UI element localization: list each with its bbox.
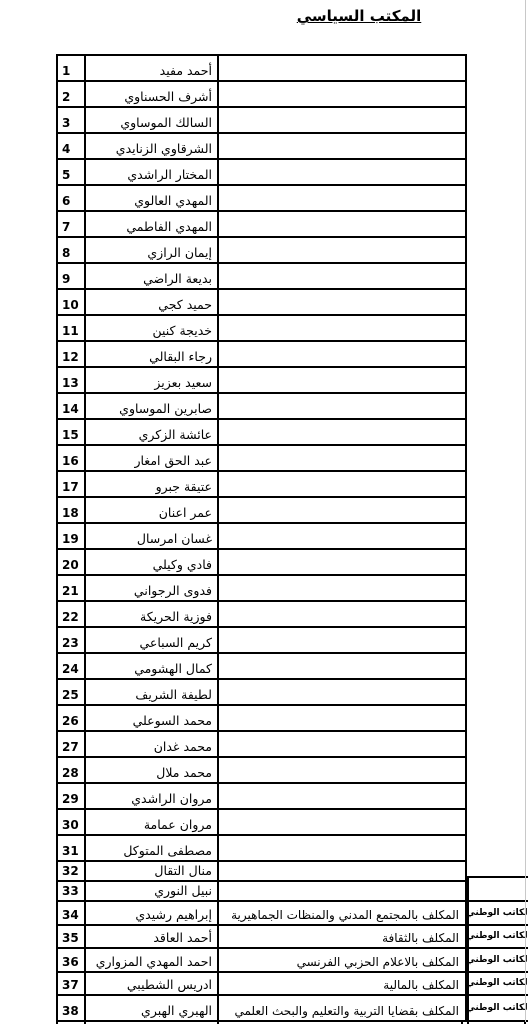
national-secretary-badge: الكاتب الوطني: [469, 926, 528, 949]
table-row: 1أحمد مفيد: [58, 56, 465, 82]
member-name: لطيفة الشريف: [86, 680, 219, 704]
member-role: المكلف بالاعلام الحزبي الفرنسي: [219, 949, 465, 971]
table-row: 24كمال الهشومي: [58, 654, 465, 680]
member-name: بديعة الراضي: [86, 264, 219, 288]
member-number: 26: [58, 706, 86, 730]
member-name: محمد غدان: [86, 732, 219, 756]
table-row: 22فوزية الحريكة: [58, 602, 465, 628]
member-role: [219, 628, 465, 652]
member-role: المكلف بقضايا التربية والتعليم والبحث ال…: [219, 996, 465, 1020]
member-number: 19: [58, 524, 86, 548]
member-name: المهدي العالوي: [86, 186, 219, 210]
member-name: المختار الراشدي: [86, 160, 219, 184]
member-number: 23: [58, 628, 86, 652]
member-number: 31: [58, 836, 86, 860]
member-role: [219, 420, 465, 444]
member-name: محمد السوعلي: [86, 706, 219, 730]
table-row: 33نبيل النوري: [58, 882, 465, 902]
member-name: الشرقاوي الزنايدي: [86, 134, 219, 158]
member-name: عبد الحق امغار: [86, 446, 219, 470]
table-row: 19غسان امرسال: [58, 524, 465, 550]
member-role: [219, 576, 465, 600]
member-role: [219, 56, 465, 80]
member-name: سعيد بعزيز: [86, 368, 219, 392]
member-role: [219, 108, 465, 132]
member-number: 30: [58, 810, 86, 834]
table-row: 28محمد ملال: [58, 758, 465, 784]
member-role: [219, 784, 465, 808]
member-name: الهبري الهبري: [86, 996, 219, 1020]
page-title: المكتب السياسي: [283, 7, 435, 25]
member-number: 34: [58, 902, 86, 924]
member-name: أحمد العاقد: [86, 926, 219, 947]
national-secretary-column: الكاتب الوطنيالكاتب الوطنيالكاتب الوطنيا…: [467, 876, 528, 1022]
member-number: 24: [58, 654, 86, 678]
member-number: 20: [58, 550, 86, 574]
badge-empty-cell: [469, 878, 528, 902]
member-number: 17: [58, 472, 86, 496]
member-name: خديجة كنين: [86, 316, 219, 340]
member-number: 28: [58, 758, 86, 782]
member-number: 6: [58, 186, 86, 210]
member-name: إيمان الرازي: [86, 238, 219, 262]
member-name: كمال الهشومي: [86, 654, 219, 678]
table-row: 29مروان الراشدي: [58, 784, 465, 810]
table-row: 13سعيد بعزيز: [58, 368, 465, 394]
table-row: 11خديجة كنين: [58, 316, 465, 342]
member-number: 18: [58, 498, 86, 522]
member-name: إبراهيم رشيدي: [86, 902, 219, 924]
member-name: فوزية الحريكة: [86, 602, 219, 626]
table-row: 10حميد كجي: [58, 290, 465, 316]
member-name: نبيل النوري: [86, 882, 219, 900]
member-name: عمر اعنان: [86, 498, 219, 522]
member-name: ادريس الشطيبي: [86, 973, 219, 994]
national-secretary-badge: الكاتب الوطني: [469, 996, 528, 1020]
member-name: رجاء البقالي: [86, 342, 219, 366]
member-number: 22: [58, 602, 86, 626]
member-role: [219, 160, 465, 184]
table-row: 15عائشة الزكري: [58, 420, 465, 446]
table-row: 37ادريس الشطيبيالمكلف بالمالية: [58, 973, 465, 996]
member-number: 11: [58, 316, 86, 340]
member-role: [219, 472, 465, 496]
table-row: 2أشرف الحسناوي: [58, 82, 465, 108]
member-role: [219, 732, 465, 756]
member-role: [219, 316, 465, 340]
table-row: 5المختار الراشدي: [58, 160, 465, 186]
member-number: 27: [58, 732, 86, 756]
table-row: 12رجاء البقالي: [58, 342, 465, 368]
member-role: [219, 524, 465, 548]
member-number: 25: [58, 680, 86, 704]
member-name: فادي وكيلي: [86, 550, 219, 574]
member-role: المكلف بالمالية: [219, 973, 465, 994]
table-row: 20فادي وكيلي: [58, 550, 465, 576]
member-number: 3: [58, 108, 86, 132]
table-row: 17عتيقة جبرو: [58, 472, 465, 498]
national-secretary-badge: الكاتب الوطني: [469, 902, 528, 926]
member-number: 15: [58, 420, 86, 444]
document-page: المكتب السياسي 1أحمد مفيد2أشرف الحسناوي3…: [0, 0, 528, 1024]
member-number: 8: [58, 238, 86, 262]
member-name: مروان الراشدي: [86, 784, 219, 808]
member-number: 10: [58, 290, 86, 314]
table-row: 23كريم السباعي: [58, 628, 465, 654]
member-name: حميد كجي: [86, 290, 219, 314]
member-role: [219, 290, 465, 314]
table-row: 21فدوى الرجواني: [58, 576, 465, 602]
member-number: 37: [58, 973, 86, 994]
member-role: [219, 394, 465, 418]
member-name: محمد ملال: [86, 758, 219, 782]
table-row: 3السالك الموساوي: [58, 108, 465, 134]
member-name: فدوى الرجواني: [86, 576, 219, 600]
table-row: 30مروان عمامة: [58, 810, 465, 836]
national-secretary-badge: الكاتب الوطني: [469, 949, 528, 973]
member-role: المكلف بالمجتمع المدني والمنظات الجماهير…: [219, 902, 465, 924]
member-number: 14: [58, 394, 86, 418]
table-row: 25لطيفة الشريف: [58, 680, 465, 706]
table-row: 31مصطفى المتوكل: [58, 836, 465, 862]
member-role: [219, 758, 465, 782]
member-role: [219, 368, 465, 392]
table-row: 9بديعة الراضي: [58, 264, 465, 290]
member-number: 16: [58, 446, 86, 470]
member-number: 21: [58, 576, 86, 600]
member-number: 38: [58, 996, 86, 1020]
member-number: 5: [58, 160, 86, 184]
member-role: [219, 680, 465, 704]
member-role: [219, 264, 465, 288]
member-role: [219, 602, 465, 626]
member-role: [219, 342, 465, 366]
table-row: 32منال التقال: [58, 862, 465, 882]
member-role: [219, 862, 465, 880]
table-row: 27محمد غدان: [58, 732, 465, 758]
member-name: صابرين الموساوي: [86, 394, 219, 418]
member-role: [219, 706, 465, 730]
members-table: 1أحمد مفيد2أشرف الحسناوي3السالك الموساوي…: [56, 54, 467, 1022]
member-name: كريم السباعي: [86, 628, 219, 652]
member-number: 12: [58, 342, 86, 366]
member-role: [219, 882, 465, 900]
table-row: 34إبراهيم رشيديالمكلف بالمجتمع المدني وا…: [58, 902, 465, 926]
member-number: 1: [58, 56, 86, 80]
member-number: 36: [58, 949, 86, 971]
member-number: 35: [58, 926, 86, 947]
table-row: 26محمد السوعلي: [58, 706, 465, 732]
member-role: [219, 134, 465, 158]
member-role: [219, 498, 465, 522]
member-role: [219, 836, 465, 860]
table-row: 36احمد المهدي المزواريالمكلف بالاعلام ال…: [58, 949, 465, 973]
table-row: 7المهدي الفاطمي: [58, 212, 465, 238]
table-row: 18عمر اعنان: [58, 498, 465, 524]
member-role: [219, 238, 465, 262]
table-row: 8إيمان الرازي: [58, 238, 465, 264]
member-name: احمد المهدي المزواري: [86, 949, 219, 971]
member-name: أحمد مفيد: [86, 56, 219, 80]
table-row: 14صابرين الموساوي: [58, 394, 465, 420]
member-number: 29: [58, 784, 86, 808]
member-name: غسان امرسال: [86, 524, 219, 548]
member-name: عتيقة جبرو: [86, 472, 219, 496]
table-row: 38الهبري الهبريالمكلف بقضايا التربية وال…: [58, 996, 465, 1020]
member-name: المهدي الفاطمي: [86, 212, 219, 236]
table-row: 6المهدي العالوي: [58, 186, 465, 212]
member-role: [219, 212, 465, 236]
member-role: [219, 82, 465, 106]
member-name: مروان عمامة: [86, 810, 219, 834]
national-secretary-badge: الكاتب الوطني: [469, 973, 528, 996]
member-role: [219, 446, 465, 470]
page-edge-line: [525, 0, 526, 1024]
member-number: 33: [58, 882, 86, 900]
member-role: [219, 810, 465, 834]
member-role: [219, 654, 465, 678]
table-row: 4الشرقاوي الزنايدي: [58, 134, 465, 160]
member-role: [219, 550, 465, 574]
member-name: مصطفى المتوكل: [86, 836, 219, 860]
member-name: منال التقال: [86, 862, 219, 880]
member-role: [219, 186, 465, 210]
member-name: أشرف الحسناوي: [86, 82, 219, 106]
member-role: المكلف بالثقافة: [219, 926, 465, 947]
table-row: 35أحمد العاقدالمكلف بالثقافة: [58, 926, 465, 949]
table-row: 16عبد الحق امغار: [58, 446, 465, 472]
member-number: 9: [58, 264, 86, 288]
member-number: 7: [58, 212, 86, 236]
member-number: 32: [58, 862, 86, 880]
member-number: 4: [58, 134, 86, 158]
member-name: السالك الموساوي: [86, 108, 219, 132]
member-number: 13: [58, 368, 86, 392]
member-number: 2: [58, 82, 86, 106]
member-name: عائشة الزكري: [86, 420, 219, 444]
